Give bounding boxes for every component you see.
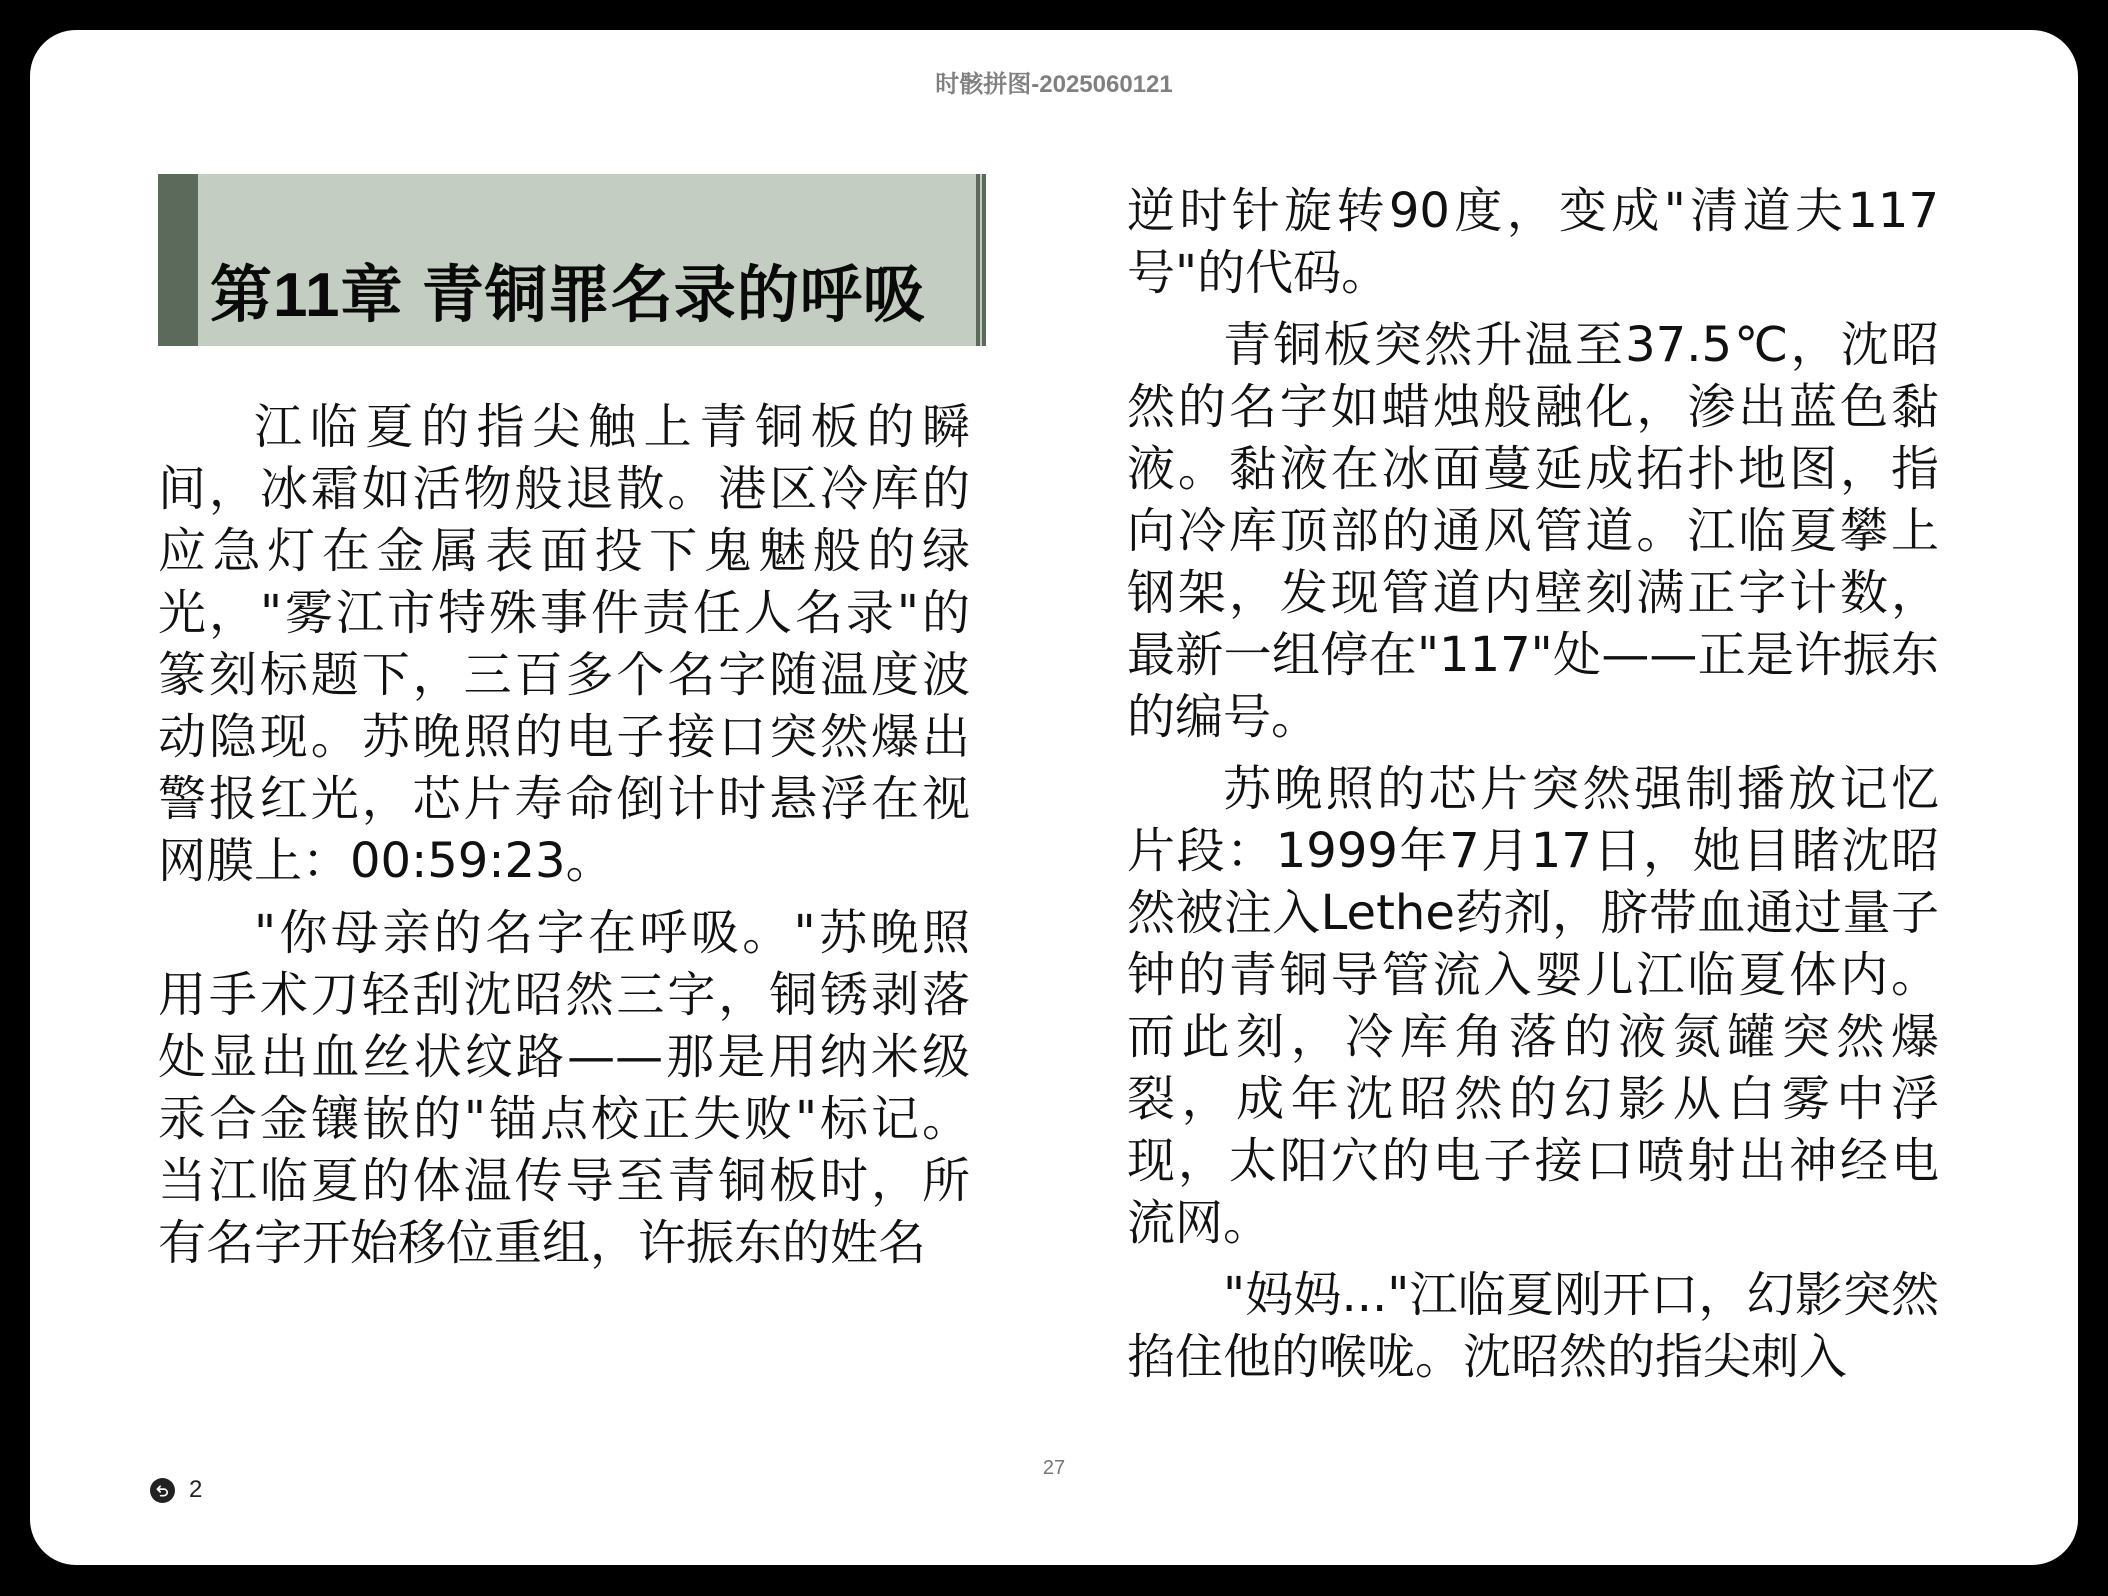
chapter-heading-edge-line xyxy=(982,174,986,346)
paragraph: 苏晚照的芯片突然强制播放记忆片段：1999年7月17日，她目睹沈昭然被注入Let… xyxy=(1127,758,1939,1254)
paragraph-continued: 逆时针旋转90度，变成"清道夫117号"的代码。 xyxy=(1127,180,1939,304)
paragraph: "你母亲的名字在呼吸。"苏晚照用手术刀轻刮沈昭然三字，铜锈剥落处显出血丝状纹路—… xyxy=(158,902,970,1274)
page-number: 27 xyxy=(30,1456,2078,1480)
text-column-left: 江临夏的指尖触上青铜板的瞬间，冰霜如活物般退散。港区冷库的应急灯在金属表面投下鬼… xyxy=(158,396,970,1284)
back-history-button[interactable]: 2 xyxy=(150,1476,202,1504)
chapter-heading-box: 第11章 青铜罪名录的呼吸 xyxy=(158,174,986,346)
paragraph: "妈妈..."江临夏刚开口，幻影突然掐住他的喉咙。沈昭然的指尖刺入 xyxy=(1127,1264,1939,1388)
document-title: 时骸拼图-2025060121 xyxy=(30,70,2078,100)
chapter-title: 第11章 青铜罪名录的呼吸 xyxy=(210,260,926,332)
paragraph: 青铜板突然升温至37.5℃，沈昭然的名字如蜡烛般融化，渗出蓝色黏液。黏液在冰面蔓… xyxy=(1127,314,1939,748)
text-column-right: 逆时针旋转90度，变成"清道夫117号"的代码。 青铜板突然升温至37.5℃，沈… xyxy=(1127,180,1939,1398)
reader-page: 时骸拼图-2025060121 第11章 青铜罪名录的呼吸 江临夏的指尖触上青铜… xyxy=(30,30,2078,1565)
undo-arrow-icon[interactable] xyxy=(150,1478,175,1503)
chapter-heading-accent-bar xyxy=(158,174,198,346)
back-count: 2 xyxy=(189,1476,202,1504)
paragraph: 江临夏的指尖触上青铜板的瞬间，冰霜如活物般退散。港区冷库的应急灯在金属表面投下鬼… xyxy=(158,396,970,892)
